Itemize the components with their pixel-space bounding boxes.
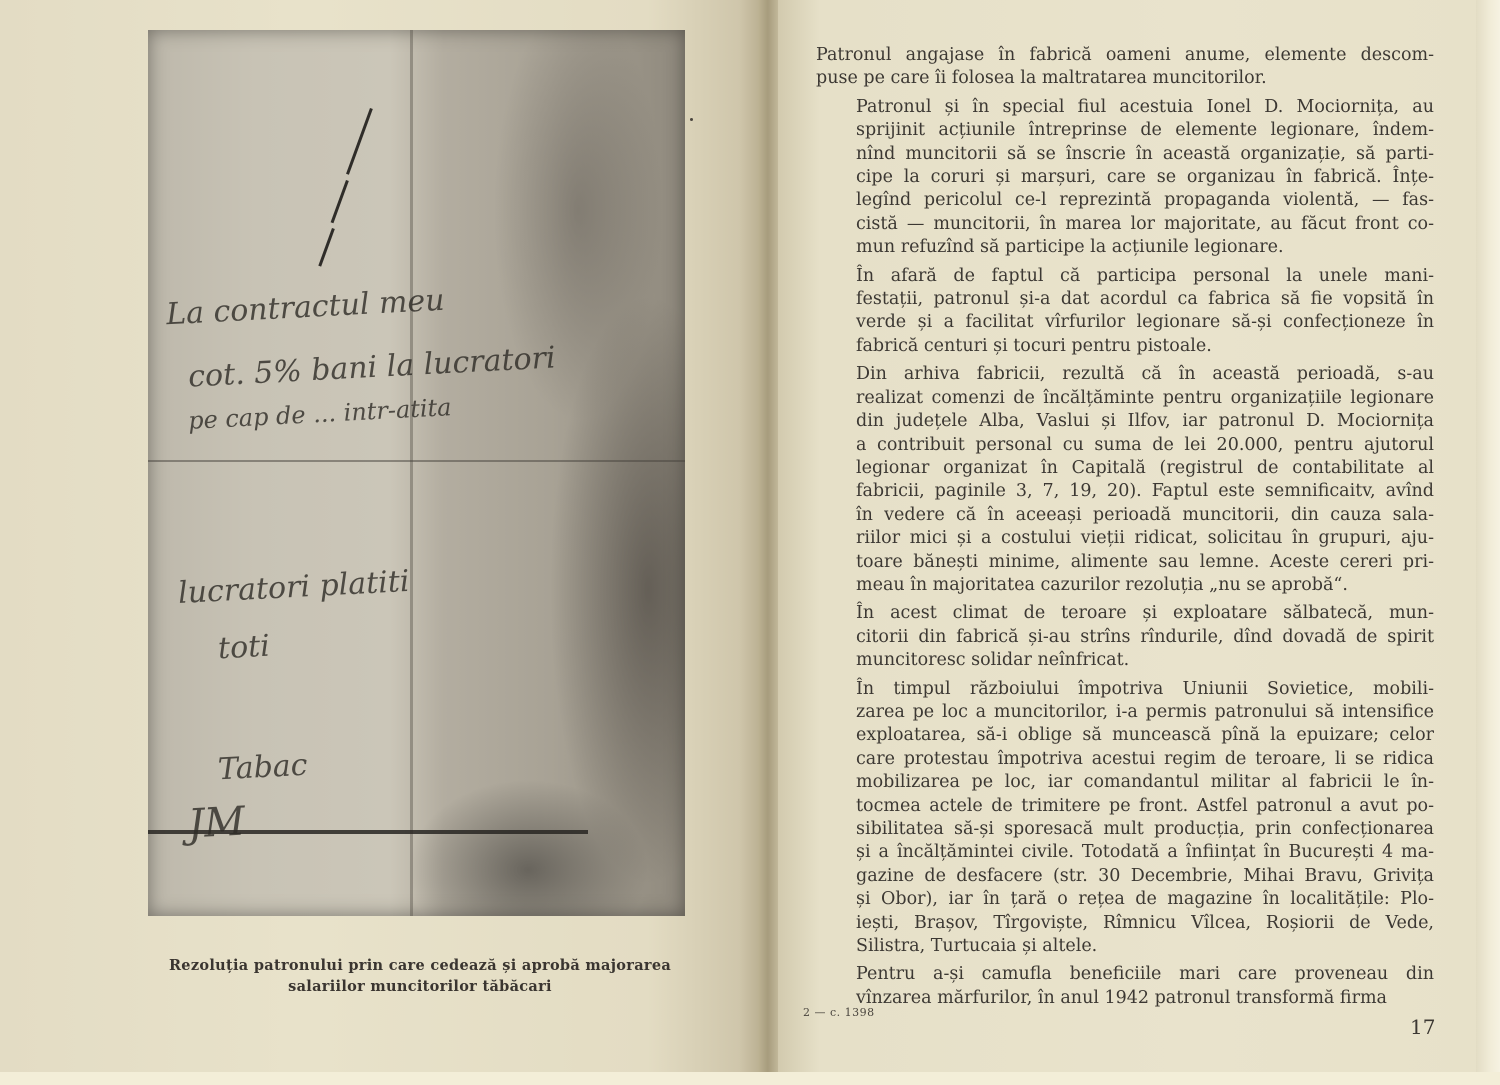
handwriting-line: cot. 5% bani la lucratori	[187, 340, 556, 394]
text-line: meau în majoritatea cazurilor rezoluția …	[816, 574, 1434, 597]
fold-line-horizontal	[148, 460, 685, 462]
page-number: 17	[1410, 1015, 1435, 1039]
book-spread: La contractul meu cot. 5% bani la lucrat…	[0, 0, 1500, 1085]
text-line: cistă — muncitorii, în marea lor majorit…	[816, 213, 1434, 236]
text-line: tocmea actele de trimitere pe front. Ast…	[816, 795, 1434, 818]
handwriting-line: La contractul meu	[165, 283, 445, 333]
text-line: mobilizarea pe loc, iar comandantul mili…	[816, 771, 1434, 794]
text-line: a contribuit personal cu suma de lei 20.…	[816, 434, 1434, 457]
page-edge	[1476, 0, 1500, 1072]
printer-signature-mark: 2 — c. 1398	[803, 1006, 875, 1019]
text-line: nînd muncitorii să se înscrie în această…	[816, 143, 1434, 166]
text-line: realizat comenzi de încălțăminte pentru …	[816, 387, 1434, 410]
text-line: verde și a facilitat vîrfurilor legionar…	[816, 311, 1434, 334]
text-line: sibilitatea să-și sporesacă mult producț…	[816, 818, 1434, 841]
text-line: festații, patronul și-a dat acordul ca f…	[816, 288, 1434, 311]
text-line: în vedere că în aceeași perioadă muncito…	[816, 504, 1434, 527]
pen-stroke	[331, 180, 349, 223]
handwriting-line: lucratori platiti	[177, 564, 410, 611]
body-text: Patronul angajase în fabrică oameni anum…	[816, 44, 1434, 1015]
text-line: Pentru a-și camufla beneficiile mari car…	[816, 963, 1434, 986]
text-line: riilor mici și a costului vieții ridicat…	[816, 527, 1434, 550]
text-line: iești, Brașov, Tîrgoviște, Rîmnicu Vîlce…	[816, 912, 1434, 935]
handwriting-line: toti	[217, 629, 271, 667]
text-line: exploatarea, să-i oblige să muncească pî…	[816, 724, 1434, 747]
text-line: fabrică centuri și tocuri pentru pistoal…	[816, 335, 1434, 358]
text-line: puse pe care îi folosea la maltratarea m…	[816, 67, 1434, 90]
book-gutter	[758, 0, 780, 1072]
bottom-edge	[0, 1072, 1500, 1085]
paragraph: În acest climat de teroare și exploatare…	[816, 602, 1434, 672]
paragraph: Pentru a-și camufla beneficiile mari car…	[816, 963, 1434, 1010]
text-line: muncitoresc solidar neînfricat.	[816, 649, 1434, 672]
pen-stroke	[346, 108, 373, 175]
text-line: fabricii, paginile 3, 7, 19, 20). Faptul…	[816, 480, 1434, 503]
text-line: Patronul angajase în fabrică oameni anum…	[816, 44, 1434, 67]
text-line: vînzarea mărfurilor, în anul 1942 patron…	[816, 987, 1434, 1010]
text-line: și a încălțămintei civile. Totodată a în…	[816, 841, 1434, 864]
text-line: Patronul și în special fiul acestuia Ion…	[816, 96, 1434, 119]
text-line: gazine de desfacere (str. 30 Decembrie, …	[816, 865, 1434, 888]
text-line: În timpul războiului împotriva Uniunii S…	[816, 678, 1434, 701]
paragraph: Patronul angajase în fabrică oameni anum…	[816, 44, 1434, 91]
text-line: care protestau împotriva acestui regim d…	[816, 748, 1434, 771]
handwriting-signature: JM	[187, 799, 246, 848]
paragraph: Din arhiva fabricii, rezultă că în aceas…	[816, 363, 1434, 597]
handwriting-line: Tabac	[217, 748, 308, 788]
caption-line-2: salariilor muncitorilor tăbăcari	[140, 976, 700, 997]
text-line: În afară de faptul că participa personal…	[816, 265, 1434, 288]
handwritten-document-photo: La contractul meu cot. 5% bani la lucrat…	[148, 30, 685, 916]
text-line: legînd pericolul ce-l reprezintă propaga…	[816, 189, 1434, 212]
text-line: Din arhiva fabricii, rezultă că în aceas…	[816, 363, 1434, 386]
text-line: citorii din fabrică și-au strîns rînduri…	[816, 626, 1434, 649]
text-line: cipe la coruri și marșuri, care se organ…	[816, 166, 1434, 189]
figure-caption: Rezoluția patronului prin care cedează ș…	[140, 955, 700, 997]
stray-mark	[690, 118, 693, 121]
pen-stroke	[318, 228, 334, 267]
text-line: zarea pe loc a muncitorilor, i-a permis …	[816, 701, 1434, 724]
text-line: sprijinit acțiunile întreprinse de eleme…	[816, 119, 1434, 142]
text-line: În acest climat de teroare și exploatare…	[816, 602, 1434, 625]
text-line: mun refuzînd să participe la acțiunile l…	[816, 236, 1434, 259]
fold-line-vertical	[410, 30, 413, 916]
text-line: legionar organizat în Capitală (registru…	[816, 457, 1434, 480]
text-line: Silistra, Turtucaia și altele.	[816, 935, 1434, 958]
text-line: și Obor), iar în țară o rețea de magazin…	[816, 888, 1434, 911]
caption-line-1: Rezoluția patronului prin care cedează ș…	[140, 955, 700, 976]
text-line: toare bănești minime, alimente sau lemne…	[816, 551, 1434, 574]
paragraph: În timpul războiului împotriva Uniunii S…	[816, 678, 1434, 959]
paragraph: Patronul și în special fiul acestuia Ion…	[816, 96, 1434, 260]
paragraph: În afară de faptul că participa personal…	[816, 265, 1434, 359]
text-line: din județele Alba, Vaslui și Ilfov, iar …	[816, 410, 1434, 433]
